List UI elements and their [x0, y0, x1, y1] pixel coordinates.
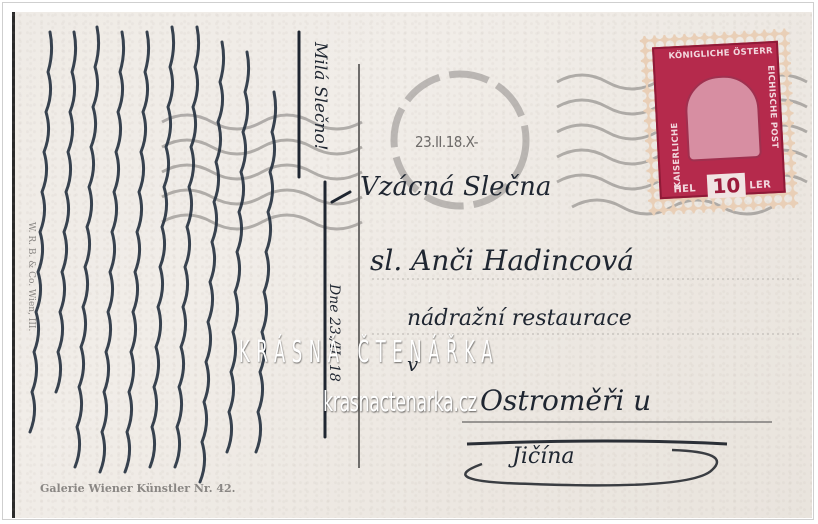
message-handwriting	[30, 27, 276, 482]
address-line-3: nádražní restaurace	[407, 306, 632, 331]
stamp-value: 10	[707, 173, 746, 199]
address-line-6: Jičína	[512, 444, 575, 469]
postage-stamp: KÖNIGLICHE ÖSTERR KAISERLICHE EICHISCHE …	[639, 28, 798, 216]
printer-line: W. R. B. & Co. Wien, III.	[26, 222, 36, 331]
postmark-date: 23.II.18.X-	[415, 133, 478, 151]
address-line-1: Vzácná Slečna	[360, 172, 551, 202]
stamp-inscription-top: KÖNIGLICHE ÖSTERR	[668, 46, 773, 61]
watermark-url: krasnactenarka.cz	[323, 385, 477, 418]
address-line-5: Ostroměři u	[480, 384, 651, 417]
message-salutation: Milá Slečno!	[310, 42, 330, 151]
watermark-title: KRÁSNÁ ČTENÁŘKA	[239, 335, 499, 370]
stamp-currency-right: LER	[749, 179, 771, 191]
crown-icon	[684, 74, 762, 162]
image-frame: Milá Slečno! Dne 23./II. 18 W. R. B. & C…	[2, 2, 814, 520]
stamp-face: KÖNIGLICHE ÖSTERR KAISERLICHE EICHISCHE …	[652, 41, 786, 199]
stamp-currency-left: HEL	[673, 183, 696, 195]
stamp-inscription-right: EICHISCHE POST	[765, 65, 779, 149]
postcard: Milá Slečno! Dne 23./II. 18 W. R. B. & C…	[12, 12, 812, 518]
publisher-line: Galerie Wiener Künstler Nr. 42.	[40, 482, 236, 495]
stamp-inscription-left: KAISERLICHE	[670, 122, 683, 188]
address-line-2: sl. Anči Hadincová	[370, 244, 634, 277]
